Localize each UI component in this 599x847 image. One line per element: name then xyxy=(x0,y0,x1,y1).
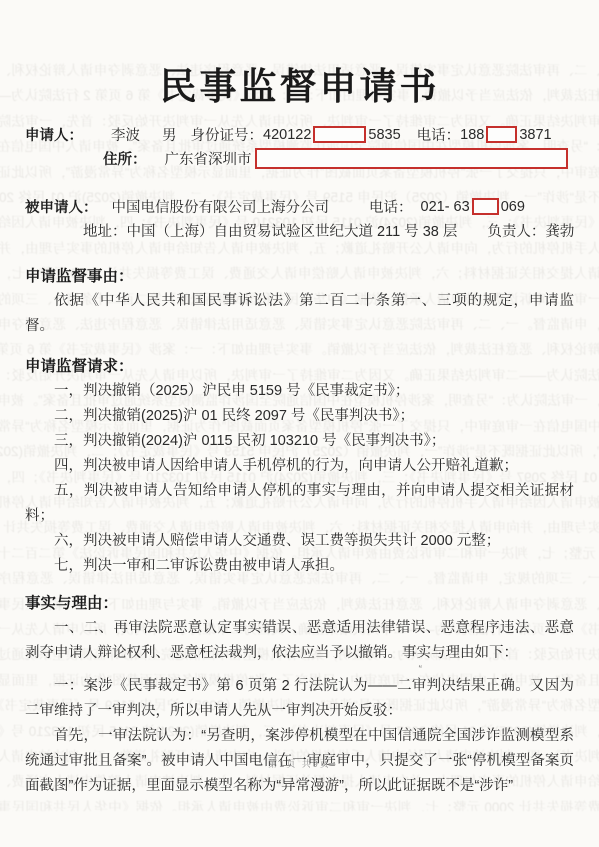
redaction-box-residence-address xyxy=(255,148,569,169)
principal-label: 负责人： xyxy=(487,220,545,241)
redaction-box-respondent-phone xyxy=(472,198,499,215)
scanned-document-page: 一、二、再审法院恶意认定事实错误、恶意适用法律错误、恶意程序违法、恶意剥夺申请人… xyxy=(0,0,599,847)
request-item-6: 六，判决被申请人赔偿申请人交通费、误工费等损失共计 2000 元整； xyxy=(25,529,574,554)
request-item-7: 七，判决一审和二审诉讼费由被申请人承担。 xyxy=(25,554,574,579)
redaction-box-id-number xyxy=(313,126,366,143)
document-title: 民事监督申请书 xyxy=(25,66,574,109)
respondent-address-label: 地址： xyxy=(83,220,127,241)
principal-name: 龚勃 xyxy=(545,220,574,241)
applicant-gender: 男 xyxy=(162,124,177,145)
redaction-box-applicant-phone xyxy=(486,126,517,143)
respondent-phone-label: 电话： xyxy=(369,196,413,217)
residence-value: 广东省深圳市 xyxy=(165,148,252,169)
respondent-address-value: 中国（上海）自由贸易试验区世纪大道 211 号 38 层 xyxy=(127,220,458,241)
respondent-phone-prefix: 021- 63 xyxy=(421,199,470,215)
applicant-phone-suffix: 3871 xyxy=(519,127,551,143)
residence-row: 住所： 广东省深圳市 xyxy=(25,147,574,171)
applicant-phone-prefix: 188 xyxy=(460,127,484,143)
request-item-5: 五，判决被申请人告知给申请人停机的事实与理由，并向申请人提交相关证据材料； xyxy=(25,479,574,529)
page-footer: 第1页 共9页 xyxy=(0,757,599,770)
respondent-label: 被申请人： xyxy=(25,196,98,217)
section-heading-reason: 申请监督事由： xyxy=(25,264,574,289)
request-item-2: 二，判决撤销(2025)沪 01 民终 2097 号《民事判决书》； xyxy=(25,404,574,429)
section-heading-facts: 事实与理由： xyxy=(25,591,574,616)
applicant-phone-label: 电话： xyxy=(417,124,461,145)
id-number-prefix: 420122 xyxy=(263,127,311,143)
id-number-label: 身份证号： xyxy=(191,124,264,145)
request-item-1: 一，判决撤销（2025）沪民申 5159 号《民事裁定书》； xyxy=(25,379,574,404)
respondent-row: 被申请人： 中国电信股份有限公司上海分公司 电话： 021- 63 069 xyxy=(25,195,574,219)
section-heading-requests: 申请监督请求： xyxy=(25,354,574,379)
request-item-3: 三，判决撤销(2024)沪 0115 民初 103210 号《民事判决书》； xyxy=(25,429,574,454)
residence-label: 住所： xyxy=(103,148,147,169)
reason-paragraph: 依据《中华人民共和国民事诉讼法》第二百二十条第一、三项的规定，申请监督。 xyxy=(25,289,574,339)
facts-paragraph-1: 一、二、再审法院恶意认定事实错误、恶意适用法律错误、恶意程序违法、恶意剥夺申请人… xyxy=(25,616,574,666)
applicant-row: 申请人： 李波 男 身份证号： 420122 5835 电话： 188 3871 xyxy=(25,123,574,147)
respondent-address-row: 地址： 中国（上海）自由贸易试验区世纪大道 211 号 38 层 负责人： 龚勃 xyxy=(25,219,574,243)
respondent-name: 中国电信股份有限公司上海分公司 xyxy=(112,196,330,217)
respondent-phone-suffix: 069 xyxy=(501,199,525,215)
facts-paragraph-2: 一：案涉《民事裁定书》第 6 页第 2 行法院认为——二审判决结果正确。又因为二… xyxy=(25,674,574,724)
document-content: 民事监督申请书 申请人： 李波 男 身份证号： 420122 5835 电话： … xyxy=(0,0,599,847)
request-item-4: 四，判决被申请人因给申请人手机停机的行为，向申请人公开赔礼道歉； xyxy=(25,454,574,479)
id-number-suffix: 5835 xyxy=(368,127,400,143)
applicant-label: 申请人： xyxy=(25,124,83,145)
applicant-name: 李波 xyxy=(111,124,140,145)
